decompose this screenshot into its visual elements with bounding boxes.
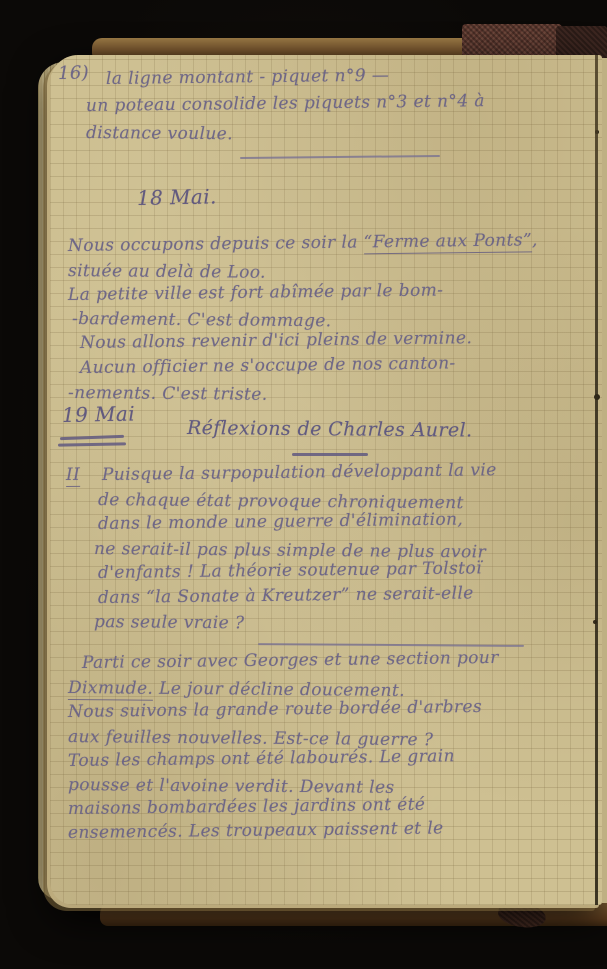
handwriting-line: pas seule vraie ?: [94, 614, 245, 632]
handwriting-line: pousse et l'avoine verdit. Devant les: [68, 777, 395, 797]
handwriting-line: distance voulue.: [86, 125, 233, 143]
handwriting-line: Nous occupons depuis ce soir la “Ferme a…: [68, 232, 538, 255]
handwriting-line: dans “la Sonate à Kreutzer” ne serait-el…: [98, 585, 474, 607]
notebook-page: 16) la ligne montant - piquet n°9 — un p…: [50, 55, 602, 905]
handwriting-line: aux feuilles nouvelles. Est-ce la guerre…: [68, 729, 433, 749]
handwriting-line: Puisque la surpopulation développant la …: [102, 462, 497, 484]
hand-drawn-divider: [258, 643, 524, 647]
page-number: 16): [58, 64, 90, 83]
underlined-farm-name: “Ferme aux Ponts”: [363, 230, 532, 254]
handwriting-line: de chaque état provoque chroniquement: [98, 492, 464, 512]
handwriting-line: Aucun officier ne s'occupe de nos canton…: [80, 355, 456, 377]
underlined-place-dixmude: Dixmude.: [68, 678, 153, 701]
handwriting-line: un poteau consolide les piquets n°3 et n…: [86, 93, 485, 115]
page-gutter-edge: [595, 55, 598, 905]
notebook-photo: 16) la ligne montant - piquet n°9 — un p…: [0, 0, 607, 969]
handwriting-line: Nous suivons la grande route bordée d'ar…: [68, 699, 482, 721]
reflections-title: Réflexions de Charles Aurel.: [187, 419, 473, 440]
handwriting-line: -nements. C'est triste.: [68, 385, 268, 404]
handwriting-line: Tous les champs ont été labourés. Le gra…: [68, 748, 455, 770]
handwriting-line: Parti ce soir avec Georges et une sectio…: [82, 650, 499, 672]
handwriting-line: la ligne montant - piquet n°9 —: [106, 68, 389, 88]
handwriting-line: -bardement. C'est dommage.: [72, 311, 332, 330]
handwriting-line: Nous allons revenir d'ici pleins de verm…: [80, 330, 472, 352]
line-text: Nous occupons depuis ce soir la: [68, 232, 364, 256]
date-heading-19-mai: 19 Mai: [62, 403, 135, 425]
title-underline: [292, 453, 368, 456]
handwriting-line: maisons bombardées les jardins ont été: [68, 797, 426, 818]
hand-drawn-divider: [240, 155, 440, 159]
handwriting-line: Dixmude. Le jour décline doucement.: [68, 680, 405, 700]
adjacent-page-sliver: [602, 58, 607, 903]
date-heading-18-mai: 18 Mai.: [137, 186, 217, 208]
heading-underline: [60, 435, 124, 440]
handwriting-line: La petite ville est fort abîmée par le b…: [68, 282, 444, 304]
heading-underline: [58, 442, 126, 446]
roman-numeral-ii: II: [66, 465, 81, 487]
handwriting-line: ensemencés. Les troupeaux paissent et le: [68, 820, 444, 842]
handwriting-line: dans le monde une guerre d'élimination,: [98, 512, 463, 533]
handwriting-line: d'enfants ! La théorie soutenue par Tols…: [98, 560, 482, 582]
handwriting-line: située au delà de Loo.: [68, 263, 266, 282]
line-text: ,: [532, 230, 538, 250]
paragraph-numeral: II: [66, 467, 80, 484]
